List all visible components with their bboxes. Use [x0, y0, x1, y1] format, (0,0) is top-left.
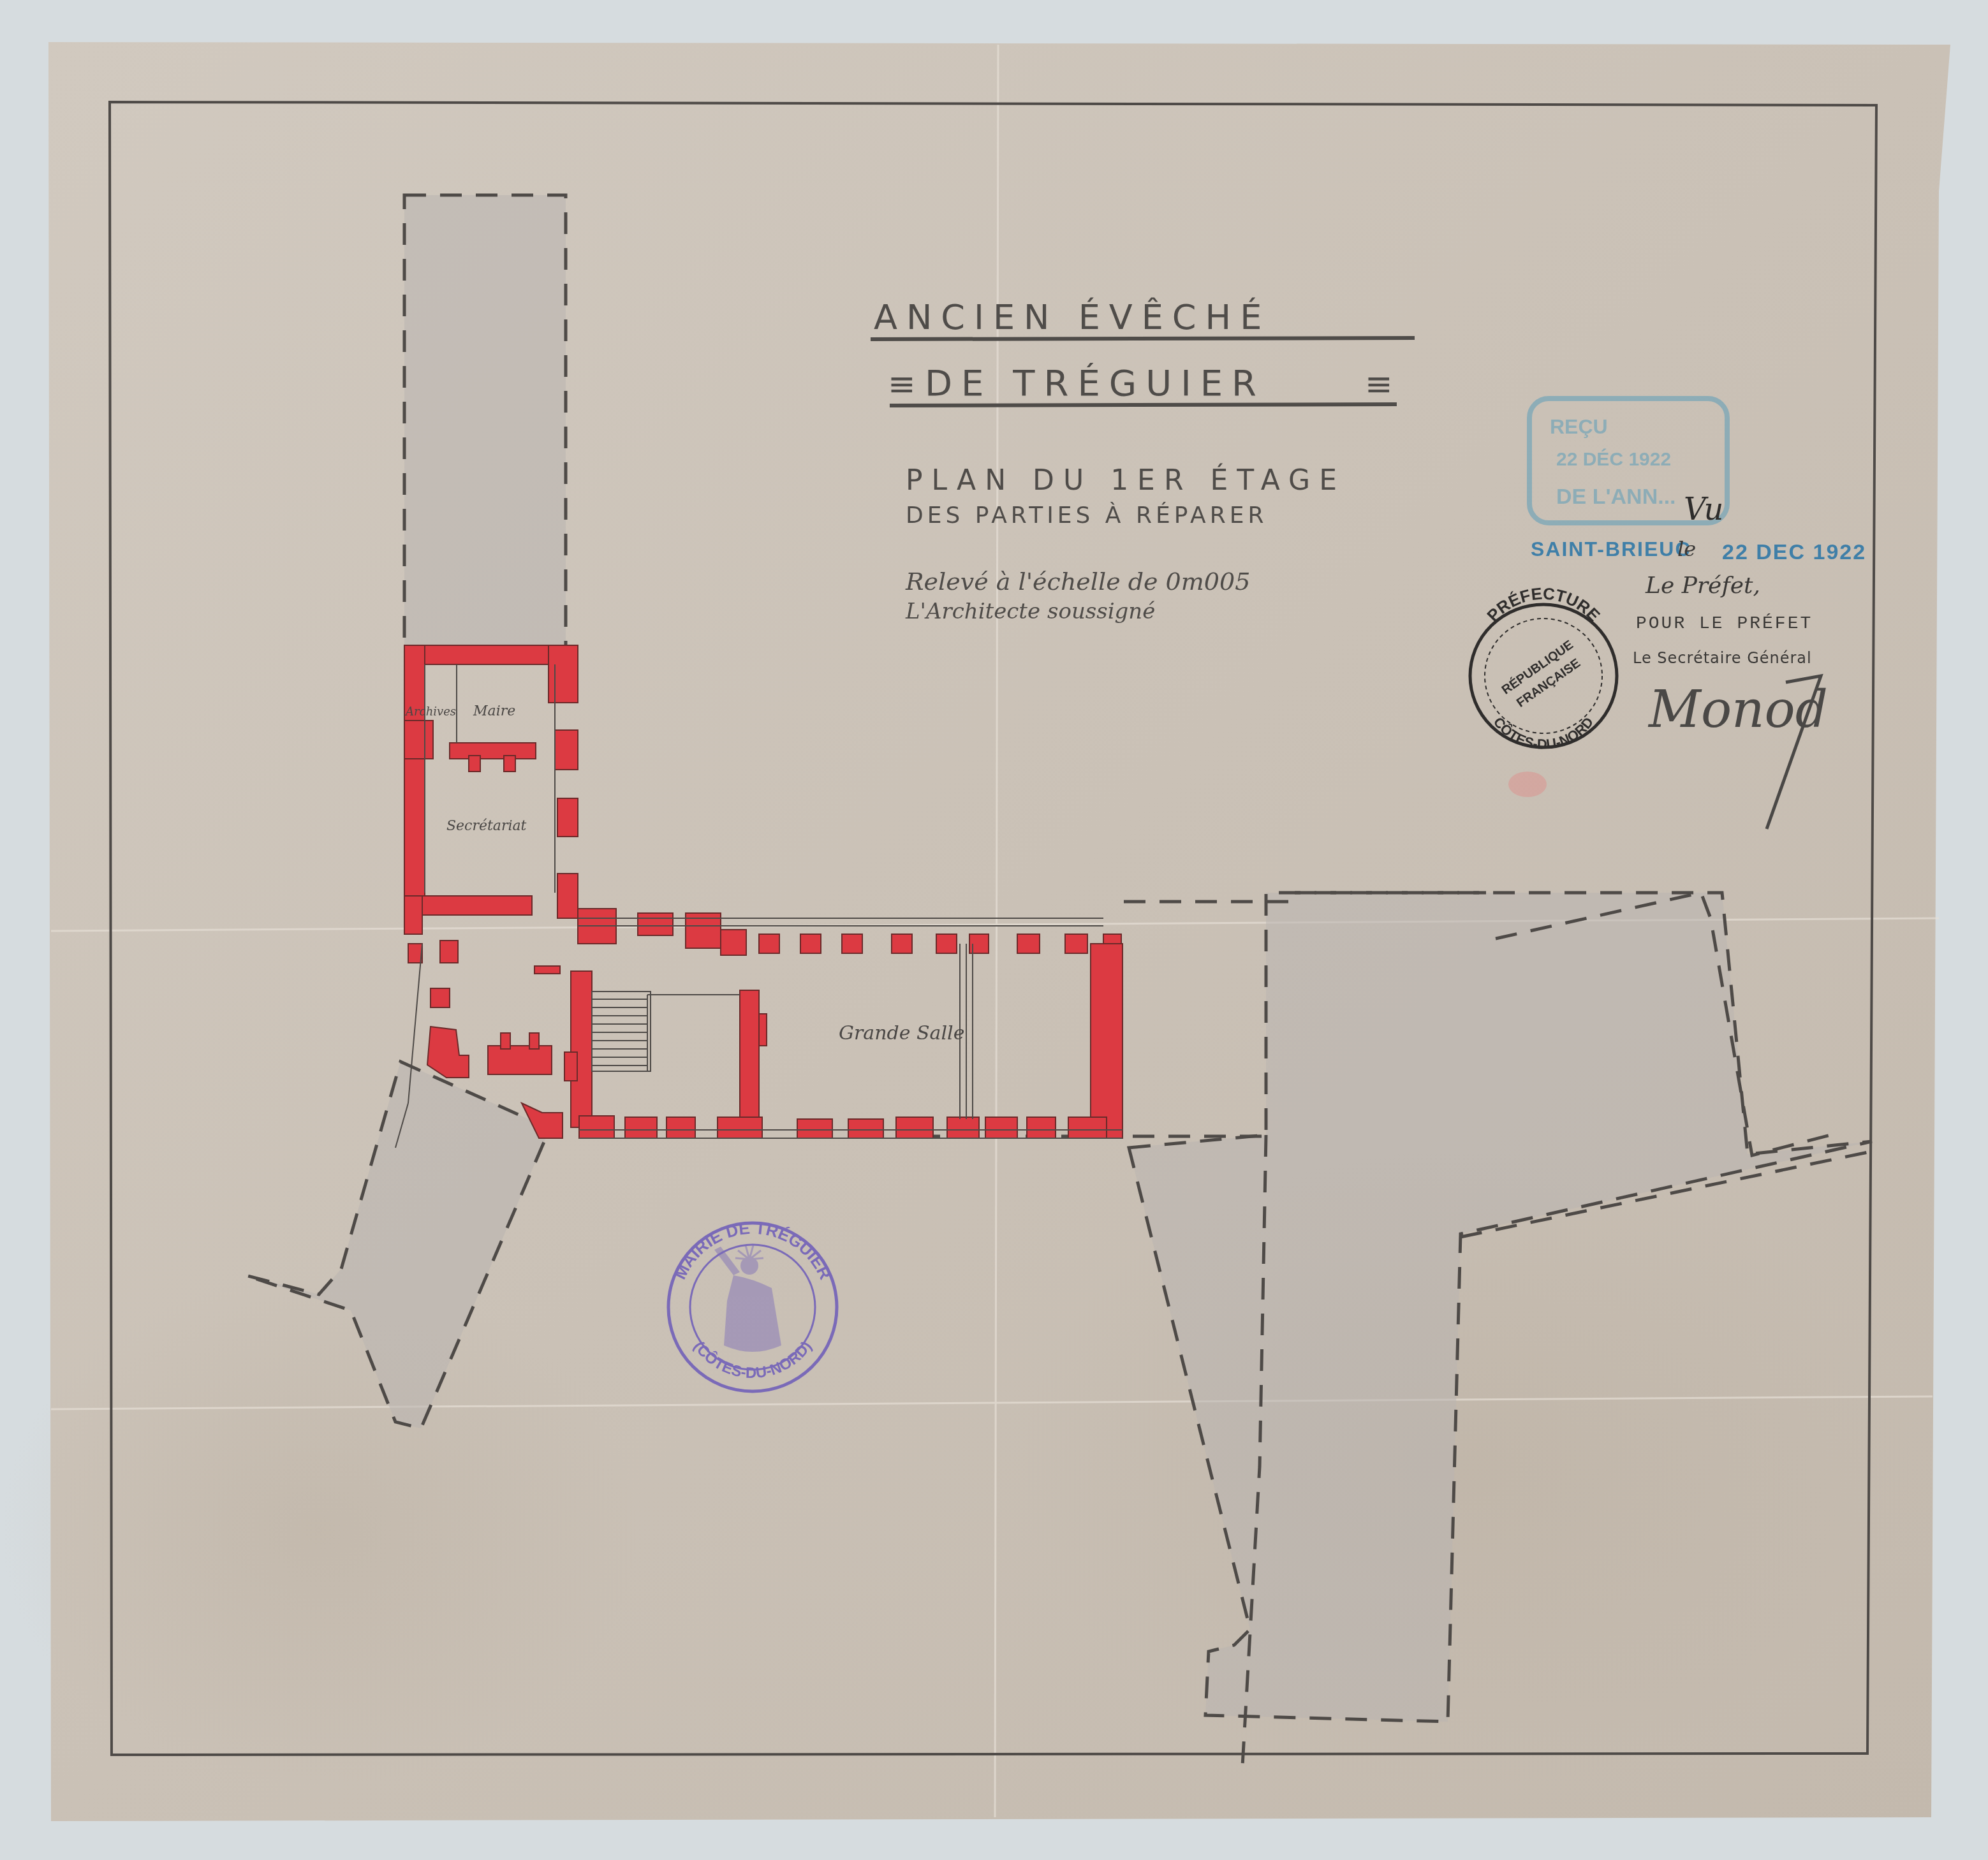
title-line-2: DE TRÉGUIER	[925, 363, 1265, 404]
red-ink-smudge	[1508, 772, 1547, 797]
place-stamp: SAINT-BRIEUC	[1531, 538, 1691, 560]
prefet-handwritten: Le Préfet,	[1645, 573, 1760, 599]
scale-note: Relevé à l'échelle de 0m005	[905, 568, 1250, 596]
plan-canvas: Archives Maire Secrétariat Grande Salle …	[0, 0, 1988, 1860]
received-stamp-line-2: 22 DÉC 1922	[1556, 448, 1671, 470]
room-label-maire: Maire	[473, 703, 515, 719]
document-scan: Archives Maire Secrétariat Grande Salle …	[0, 0, 1988, 1860]
secretaire-general: Le Secrétaire Général	[1633, 649, 1812, 667]
room-label-grande-salle: Grande Salle	[839, 1022, 964, 1044]
title-line-1: ANCIEN ÉVÊCHÉ	[874, 297, 1270, 337]
received-stamp-line-3: DE L'ANN...	[1556, 485, 1676, 509]
le-handwritten: le	[1677, 537, 1696, 561]
room-label-secretariat: Secrétariat	[446, 818, 527, 834]
room-label-archives: Archives	[404, 705, 456, 719]
title-ornament-right: ≡	[1365, 365, 1393, 404]
received-stamp-line-1: REÇU	[1550, 415, 1608, 438]
title-line-3: PLAN DU 1ER ÉTAGE	[906, 463, 1346, 497]
vu-annotation: Vu	[1684, 492, 1724, 527]
architect-note: L'Architecte soussigné	[905, 599, 1155, 624]
title-ornament-left: ≡	[888, 365, 916, 404]
pour-le-prefet: POUR LE PRÉFET	[1636, 613, 1813, 634]
date-stamp: 22 DEC 1922	[1722, 540, 1866, 564]
title-line-4: DES PARTIES À RÉPARER	[906, 502, 1267, 529]
